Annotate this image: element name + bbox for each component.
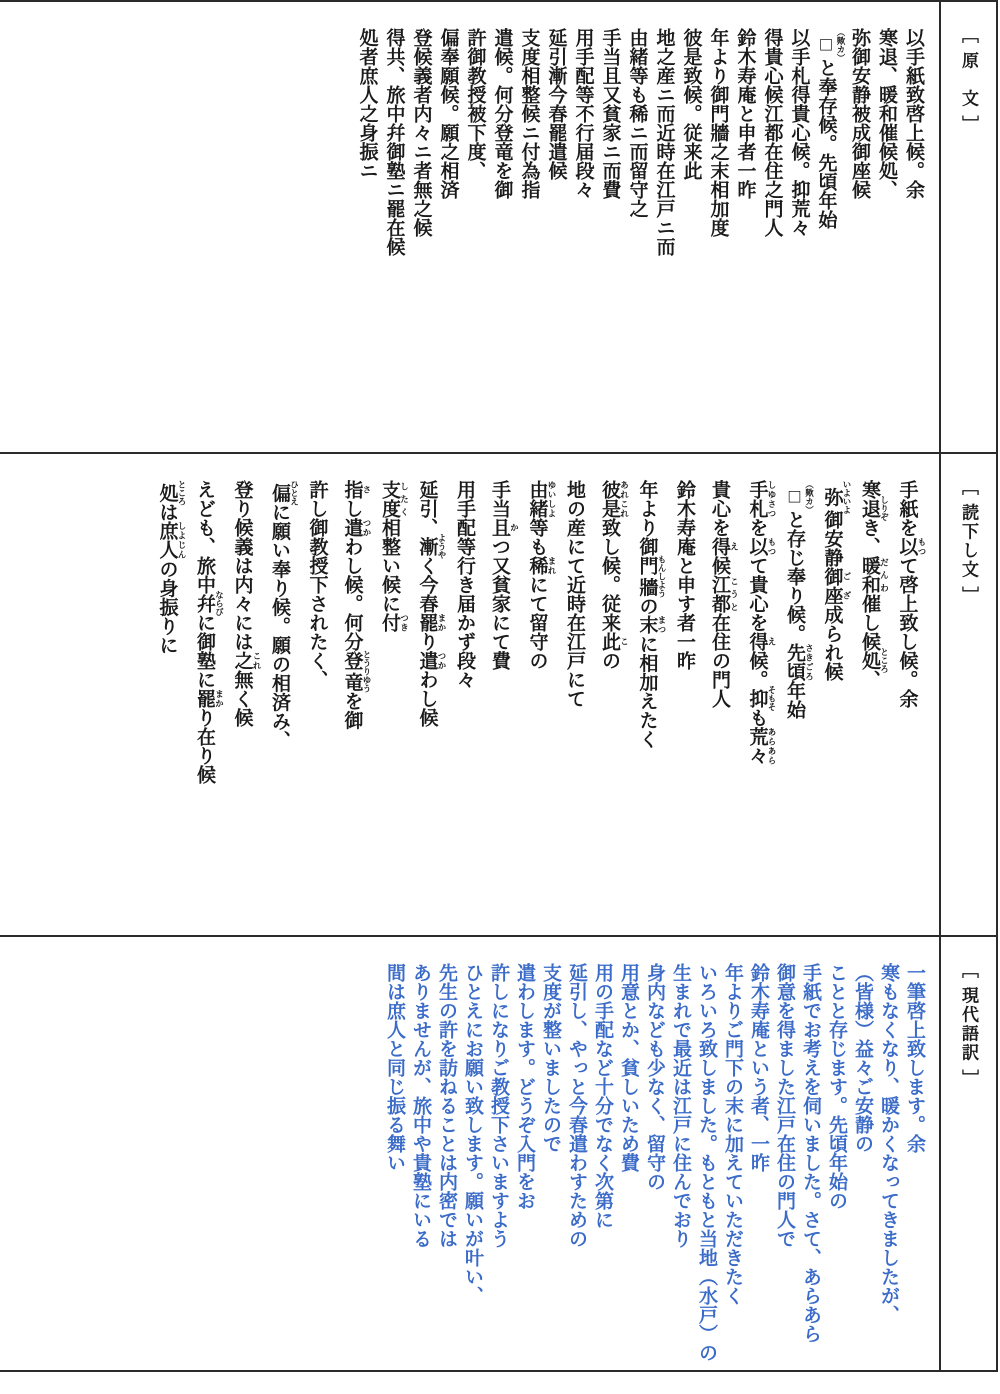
text-column: 指さし遣つかわし候。何分登竜とうりゆうを御 [335, 480, 373, 927]
text-column: 用手配等不行届段々 [570, 28, 597, 444]
text-column: 身内なども少なく、留守の [641, 963, 667, 1362]
text-column: 許御教授被下度、 [462, 28, 489, 444]
original-text-header-column: ［ 原 文 ］ [939, 2, 996, 452]
text-column: 間は庶人と同じ振る舞い [381, 963, 407, 1362]
text-column: 弥御安静被成御座候 [846, 28, 873, 444]
text-column: 偏ひとえに願い奉り候。願の相済み、 [262, 480, 300, 927]
modern-translation-header-label: ［ 現代語訳 ］ [956, 937, 981, 1370]
text-column: 鈴木寿庵と申す者一昨 [667, 480, 702, 927]
text-column: 地の産にて近時在江戸にて [557, 480, 592, 927]
text-column: 用の手配など十分でなく次第に [589, 963, 615, 1362]
text-column: 手当且又貧家ニ而費 [597, 28, 624, 444]
text-column: 登り候義は内々には之これ無く候 [225, 480, 263, 927]
text-column: 彼是致候。従来此 [678, 28, 705, 444]
text-column: 由緒等も稀ニ而留守之 [624, 28, 651, 444]
text-column: 年より御門牆もんしようの末まつに相加えたく [630, 480, 668, 927]
text-column: 延引漸今春罷遣候 [543, 28, 570, 444]
text-column: （皆様）益々ご安静の [849, 963, 875, 1362]
text-column: 年より御門牆之末相加度 [705, 28, 732, 444]
text-column: 御意を得ました江戸在住の門人で [771, 963, 797, 1362]
text-column: 遣わします。どうぞ入門をお [511, 963, 537, 1362]
three-part-table: 以手紙致啓上候。余寒退、暖和催候処、弥御安静被成御座候□（歟カ）と奉存候。先頃年… [0, 0, 998, 1372]
text-column: 寒もなくなり、暖かくなってきましたが、 [875, 963, 901, 1362]
reading-text-body: 手紙を以もつて啓上致し候。余寒退しりぞき、暖和だんわ催し候処ところ、弥いよいよ御… [0, 454, 939, 935]
section-reading-text: 手紙を以もつて啓上致し候。余寒退しりぞき、暖和だんわ催し候処ところ、弥いよいよ御… [0, 452, 996, 935]
text-column: 手紙を以もつて啓上致し候。余 [890, 480, 928, 927]
text-column: 鈴木寿庵という者、一昨 [745, 963, 771, 1362]
text-column: 地之産ニ而近時在江戸ニ而 [651, 28, 678, 444]
section-original-text: 以手紙致啓上候。余寒退、暖和催候処、弥御安静被成御座候□（歟カ）と奉存候。先頃年… [0, 2, 996, 452]
text-column: 手札しゆさつを以もつて貴心を得え候。抑そもそも荒々あらあら [740, 480, 778, 927]
modern-translation-body: 一筆啓上致します。余寒もなくなり、暖かくなってきましたが、（皆様）益々ご安静のこ… [0, 937, 939, 1370]
document-page: 以手紙致啓上候。余寒退、暖和催候処、弥御安静被成御座候□（歟カ）と奉存候。先頃年… [0, 0, 1000, 1394]
text-column: □（歟カ）と奉存候。先頃年始 [813, 28, 847, 444]
text-column: 許しになりご教授下さいますよう [485, 963, 511, 1362]
text-column: 処者庶人之身振ニ [354, 28, 381, 444]
text-column: 彼是あれこれ致し候。従来此この [592, 480, 630, 927]
text-column: ことと存じます。先頃年始の [823, 963, 849, 1362]
original-text-body: 以手紙致啓上候。余寒退、暖和催候処、弥御安静被成御座候□（歟カ）と奉存候。先頃年… [0, 2, 939, 452]
text-column: 先生の許を訪ねることは内密では [433, 963, 459, 1362]
text-column: 寒退しりぞき、暖和だんわ催し候処ところ、 [852, 480, 890, 927]
text-column: 由緒ゆいしよ等も稀まれにて留守の [520, 480, 558, 927]
text-column: 用意とか、貧しいため費 [615, 963, 641, 1362]
text-column: えども、旅中幷ならびに御塾に罷まかり在り候 [187, 480, 225, 927]
modern-translation-header-column: ［ 現代語訳 ］ [939, 937, 996, 1370]
text-column: ありませんが、旅中や貴塾にいる [407, 963, 433, 1362]
text-column: 手当且かつ又貧家にて費 [482, 480, 520, 927]
text-column: 許し御教授下されたく、 [300, 480, 335, 927]
text-column: 支度相整候ニ付為指 [516, 28, 543, 444]
text-column: 登候義者内々ニ者無之候 [408, 28, 435, 444]
text-column: 一筆啓上致します。余 [901, 963, 927, 1362]
text-column: 遣候。何分登竜を御 [489, 28, 516, 444]
text-column: 得共、旅中幷御塾ニ罷在候 [381, 28, 408, 444]
text-column: 寒退、暖和催候処、 [873, 28, 900, 444]
reading-text-header-column: ［ 読下し文 ］ [939, 454, 996, 935]
text-column: 偏奉願候。願之相済 [435, 28, 462, 444]
text-column: 延引、漸ようやく今春罷まかり遣つかわし候 [410, 480, 448, 927]
text-column: 年よりご門下の末に加えていただきたく [719, 963, 745, 1362]
text-column: 支度が整いましたので [537, 963, 563, 1362]
text-column: 生まれで最近は江戸に住んでおり [667, 963, 693, 1362]
text-column: 手紙でお考えを伺いました。さて、あらあら [797, 963, 823, 1362]
text-column: 延引し、やっと今春遣わすための [563, 963, 589, 1362]
text-column: 以手札得貴心候。抑荒々 [786, 28, 813, 444]
section-modern-translation: 一筆啓上致します。余寒もなくなり、暖かくなってきましたが、（皆様）益々ご安静のこ… [0, 935, 996, 1370]
text-column: 以手紙致啓上候。余 [900, 28, 927, 444]
text-column: いろいろ致しました。もともと当地（水戸）の [693, 963, 719, 1362]
text-column: 支度したく相整い候に付つき [372, 480, 410, 927]
original-text-header-label: ［ 原 文 ］ [956, 2, 981, 452]
text-column: 鈴木寿庵と申者一昨 [732, 28, 759, 444]
reading-text-header-label: ［ 読下し文 ］ [956, 454, 981, 935]
text-column: ひとえにお願い致します。願いが叶い、 [459, 963, 485, 1362]
text-column: 弥いよいよ御安静御座ござ成られ候 [815, 480, 853, 927]
text-column: 貴心を得え候江都こうと在住の門人 [702, 480, 740, 927]
text-column: □（歟カ）と存じ奉り候。先頃さきごろ年始 [777, 480, 815, 927]
text-column: 処ところは庶人しよじんの身振りに [150, 480, 188, 927]
text-column: 得貴心候江都在住之門人 [759, 28, 786, 444]
text-column: 用手配等行き届かず段々 [447, 480, 482, 927]
